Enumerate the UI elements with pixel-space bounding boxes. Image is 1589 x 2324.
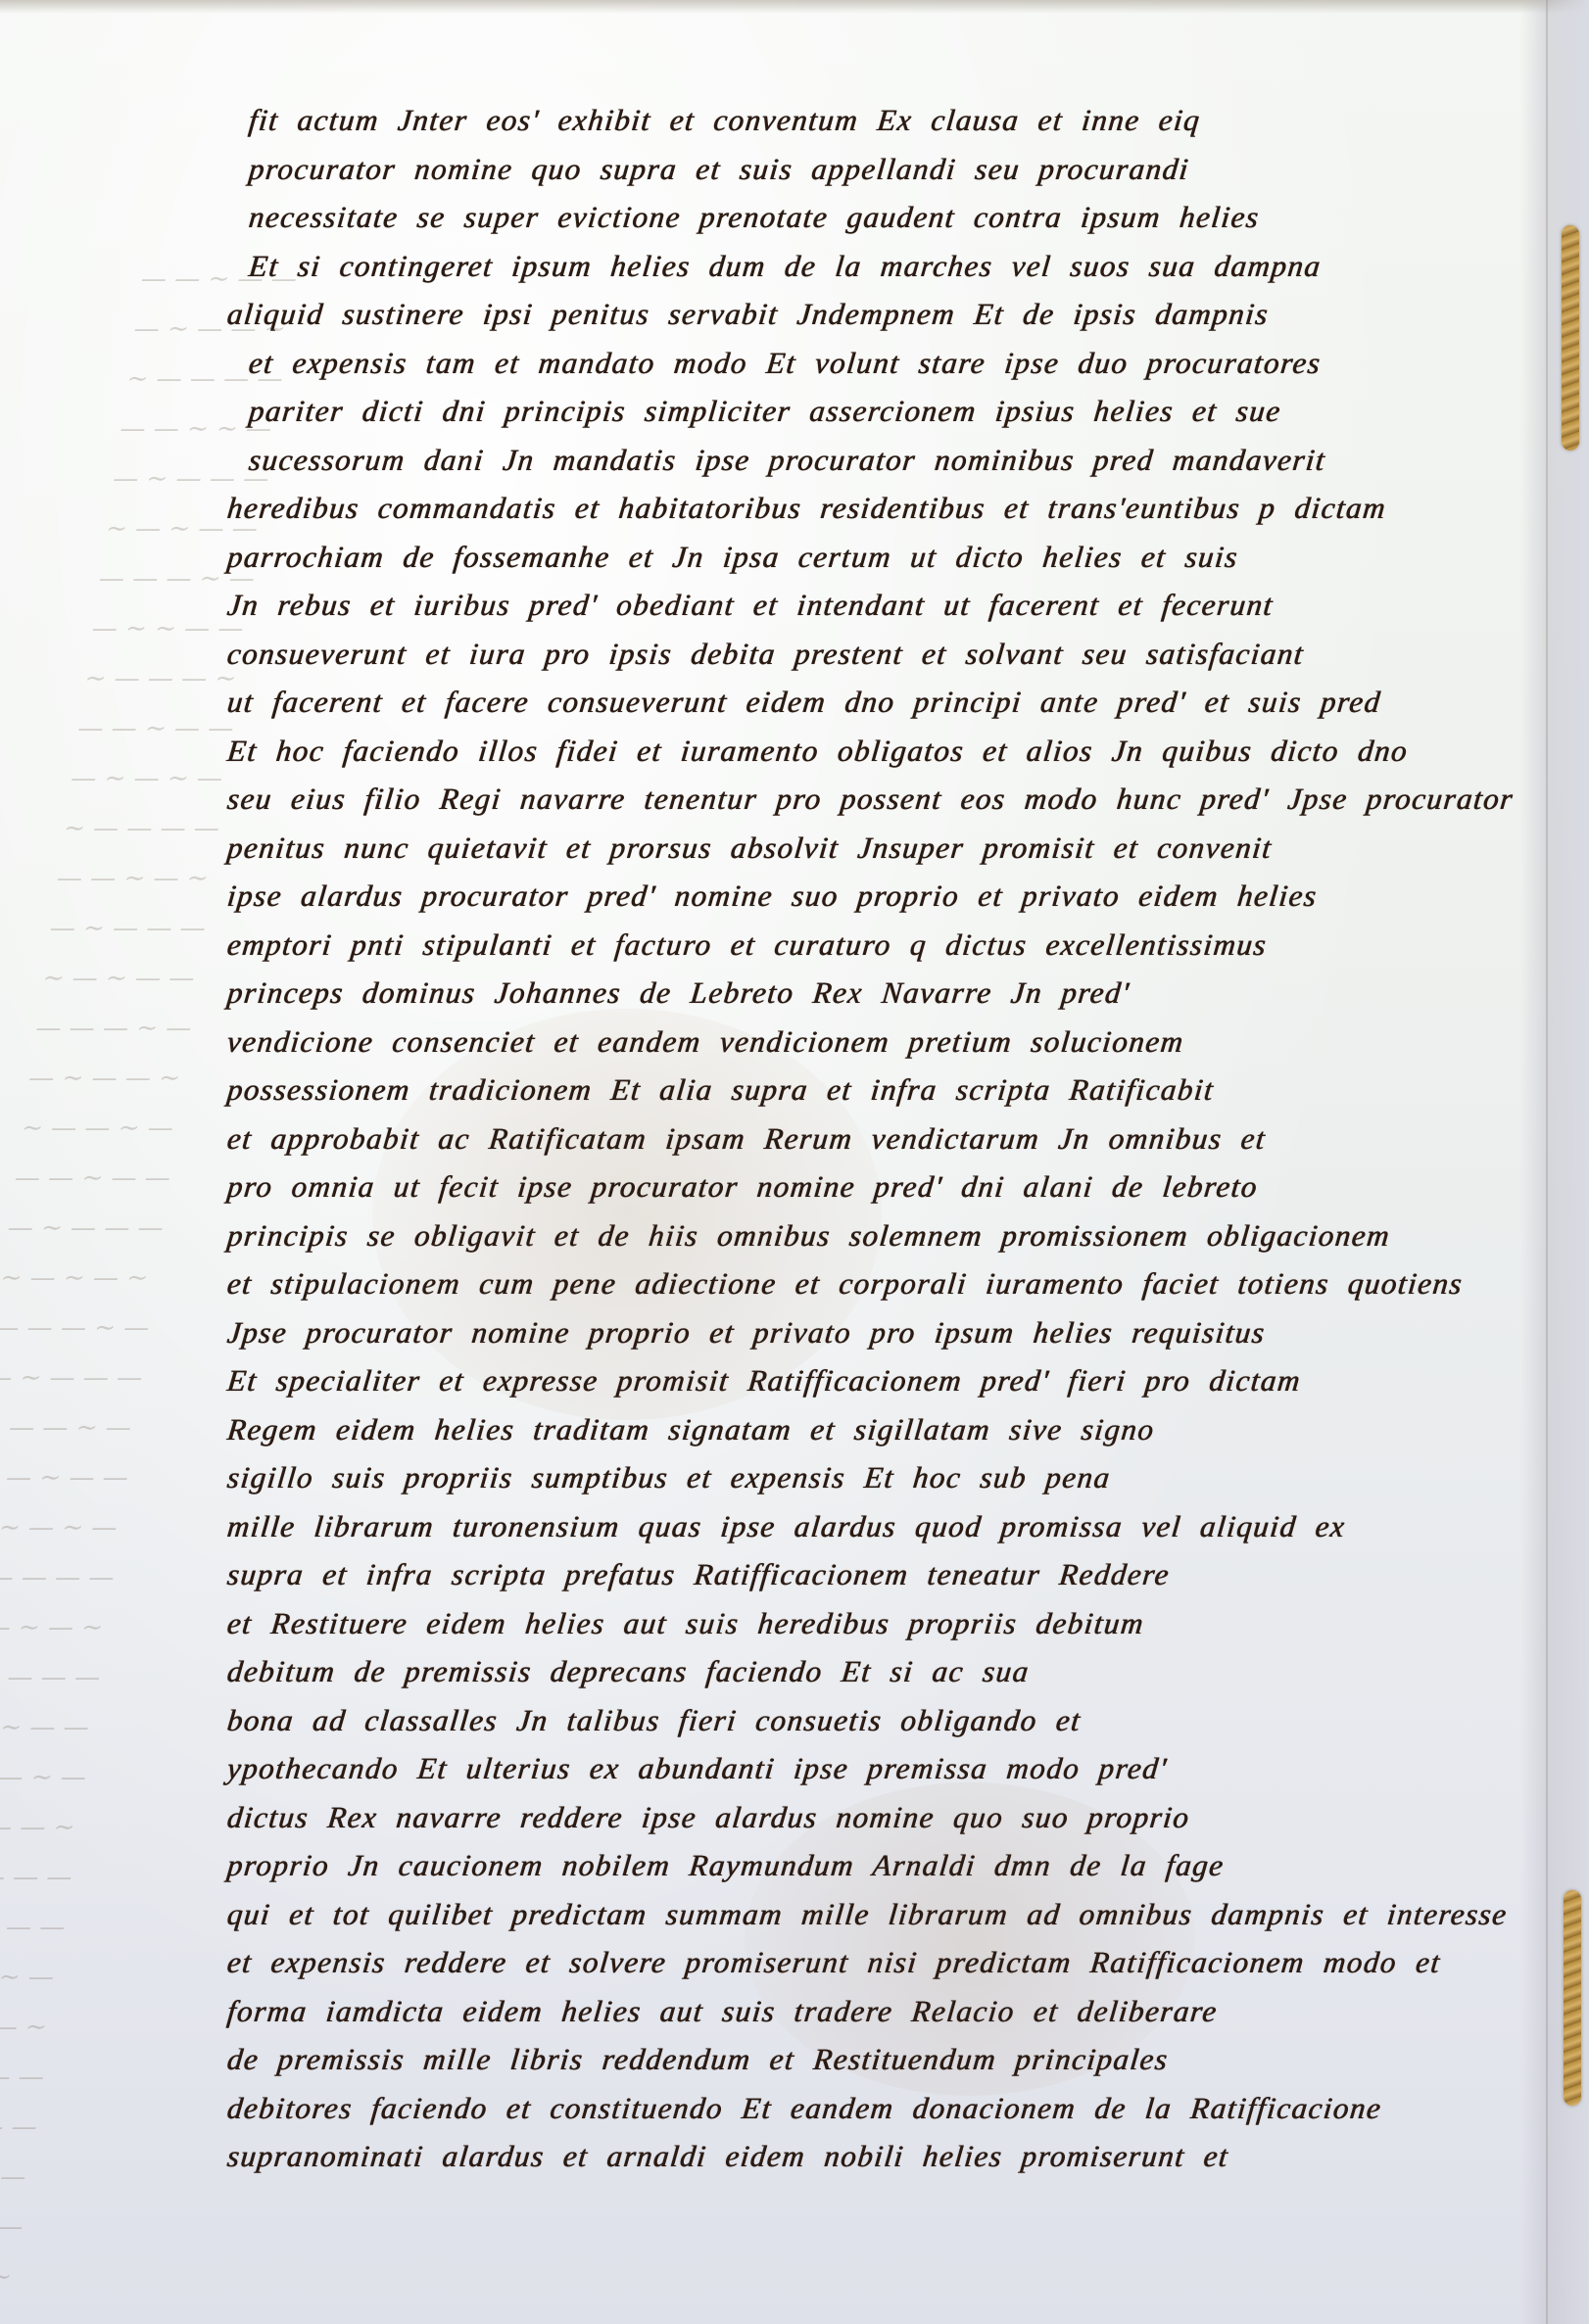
manuscript-line: parrochiam de fossemanhe et Jn ipsa cert…	[224, 533, 1493, 582]
bleed-through-line: — — — ~ —	[0, 2203, 125, 2253]
bleed-through-line: — ~ — — ~	[0, 1803, 181, 1853]
manuscript-line: aliquid sustinere ipsi penitus servabit …	[224, 290, 1493, 339]
manuscript-line: pariter dicti dni principis simpliciter …	[224, 387, 1493, 436]
manuscript-line: sucessorum dani Jn mandatis ipse procura…	[224, 436, 1493, 485]
manuscript-line: princeps dominus Johannes de Lebreto Rex…	[224, 969, 1493, 1018]
manuscript-line: Jn rebus et iuribus pred' obediant et in…	[224, 581, 1493, 630]
manuscript-line: consueverunt et iura pro ipsis debita pr…	[224, 630, 1493, 679]
bleed-through-line: ~ — ~ — ~	[0, 1254, 259, 1304]
bleed-through-line: — — ~ — —	[0, 1453, 231, 1503]
manuscript-line: et expensis reddere et solvere promiseru…	[224, 1938, 1493, 1987]
manuscript-line: et Restituere eidem helies aut suis here…	[224, 1599, 1493, 1648]
manuscript-line: debitores faciendo et constituendo Et ea…	[224, 2084, 1493, 2133]
page-top-shadow	[0, 0, 1589, 14]
manuscript-line: supranominati alardus et arnaldi eidem n…	[224, 2132, 1493, 2181]
manuscript-line: vendicione consenciet et eandem vendicio…	[224, 1018, 1493, 1067]
bleed-through-line: — ~ — — —	[0, 2103, 139, 2153]
manuscript-line: ut facerent et facere consueverunt eidem…	[224, 678, 1493, 727]
manuscript-line: debitum de premissis deprecans faciendo …	[224, 1647, 1493, 1696]
manuscript-line: procurator nomine quo supra et suis appe…	[224, 145, 1493, 194]
manuscript-line: heredibus commandatis et habitatoribus r…	[224, 484, 1493, 533]
bleed-through-line: — ~ — — —	[0, 1353, 245, 1403]
manuscript-line: qui et tot quilibet predictam summam mil…	[224, 1890, 1493, 1939]
manuscript-line: Regem eidem helies traditam signatam et …	[224, 1405, 1493, 1454]
manuscript-line: Jpse procurator nomine proprio et privat…	[224, 1308, 1493, 1357]
manuscript-line: seu eius filio Regi navarre tenentur pro…	[224, 775, 1493, 824]
bleed-through-line: ~ — — ~ —	[0, 1403, 238, 1453]
bleed-through-line: ~ — ~ — —	[0, 2153, 132, 2203]
manuscript-line: possessionem tradicionem Et alia supra e…	[224, 1066, 1493, 1115]
bleed-through-line: ~ — — — —	[0, 1553, 217, 1603]
manuscript-line: emptori pnti stipulanti et facturo et cu…	[224, 921, 1493, 970]
manuscript-line: et approbabit ac Ratificatam ipsam Rerum…	[224, 1115, 1493, 1163]
bleed-through-line: ~ — — — —	[0, 1853, 174, 1903]
bleed-through-line: ~ — — — ~	[0, 2003, 154, 2053]
manuscript-line: bona ad classalles Jn talibus fieri cons…	[224, 1696, 1493, 1745]
manuscript-line: dictus Rex navarre reddere ipse alardus …	[224, 1793, 1493, 1842]
manuscript-line: pro omnia ut fecit ipse procurator nomin…	[224, 1162, 1493, 1211]
bleed-through-line: — ~ — ~ —	[0, 1503, 223, 1553]
bleed-through-line: — ~ — — ~	[0, 2253, 119, 2302]
bleed-through-line: — — ~ — —	[0, 1903, 168, 1953]
manuscript-line: et stipulacionem cum pene adiectione et …	[224, 1259, 1493, 1308]
bleed-through-line: — — — ~ —	[0, 1304, 252, 1353]
manuscript-line: sigillo suis propriis sumptibus et expen…	[224, 1453, 1493, 1502]
manuscript-line: Et si contingeret ipsum helies dum de la…	[224, 242, 1493, 291]
bleed-through-line: ~ — ~ — —	[0, 1703, 196, 1753]
manuscript-line: principis se obligavit et de hiis omnibu…	[224, 1211, 1493, 1260]
manuscript-line: necessitate se super evictione prenotate…	[224, 193, 1493, 242]
manuscript-line: ypothecando Et ulterius ex abundanti ips…	[224, 1744, 1493, 1793]
manuscript-line: et expensis tam et mandato modo Et volun…	[224, 339, 1493, 388]
manuscript-line: fit actum Jnter eos' exhibit et conventu…	[224, 96, 1493, 145]
manuscript-line: Et specialiter et expresse promisit Rati…	[224, 1356, 1493, 1405]
manuscript-text-block: fit actum Jnter eos' exhibit et conventu…	[227, 96, 1491, 2181]
bleed-through-line: — — — ~ —	[0, 1753, 189, 1803]
manuscript-line: ipse alardus procurator pred' nomine suo…	[224, 872, 1493, 921]
manuscript-line: penitus nunc quietavit et prorsus absolv…	[224, 824, 1493, 873]
manuscript-page: — — ~ — —— ~ — — ~~ — — — —— — ~ ~ —— ~ …	[0, 0, 1589, 2324]
manuscript-line: supra et infra scripta prefatus Ratiffic…	[224, 1550, 1493, 1599]
manuscript-line: forma iamdicta eidem helies aut suis tra…	[224, 1987, 1493, 2036]
binding-cord-bottom	[1564, 1890, 1581, 2106]
binding-cord-top	[1562, 225, 1579, 451]
bleed-through-line: — ~ — ~ —	[0, 1953, 161, 2003]
manuscript-line: de premissis mille libris reddendum et R…	[224, 2035, 1493, 2084]
gutter-fold-line	[1546, 0, 1548, 2324]
manuscript-line: Et hoc faciendo illos fidei et iuramento…	[224, 727, 1493, 776]
bleed-through-line: — — ~ — ~	[0, 1603, 210, 1653]
manuscript-line: mille librarum turonensium quas ipse ala…	[224, 1502, 1493, 1551]
manuscript-line: proprio Jn caucionem nobilem Raymundum A…	[224, 1841, 1493, 1890]
bleed-through-line: — — ~ — —	[0, 2053, 147, 2103]
bleed-through-line: — ~ — — —	[0, 1653, 203, 1703]
